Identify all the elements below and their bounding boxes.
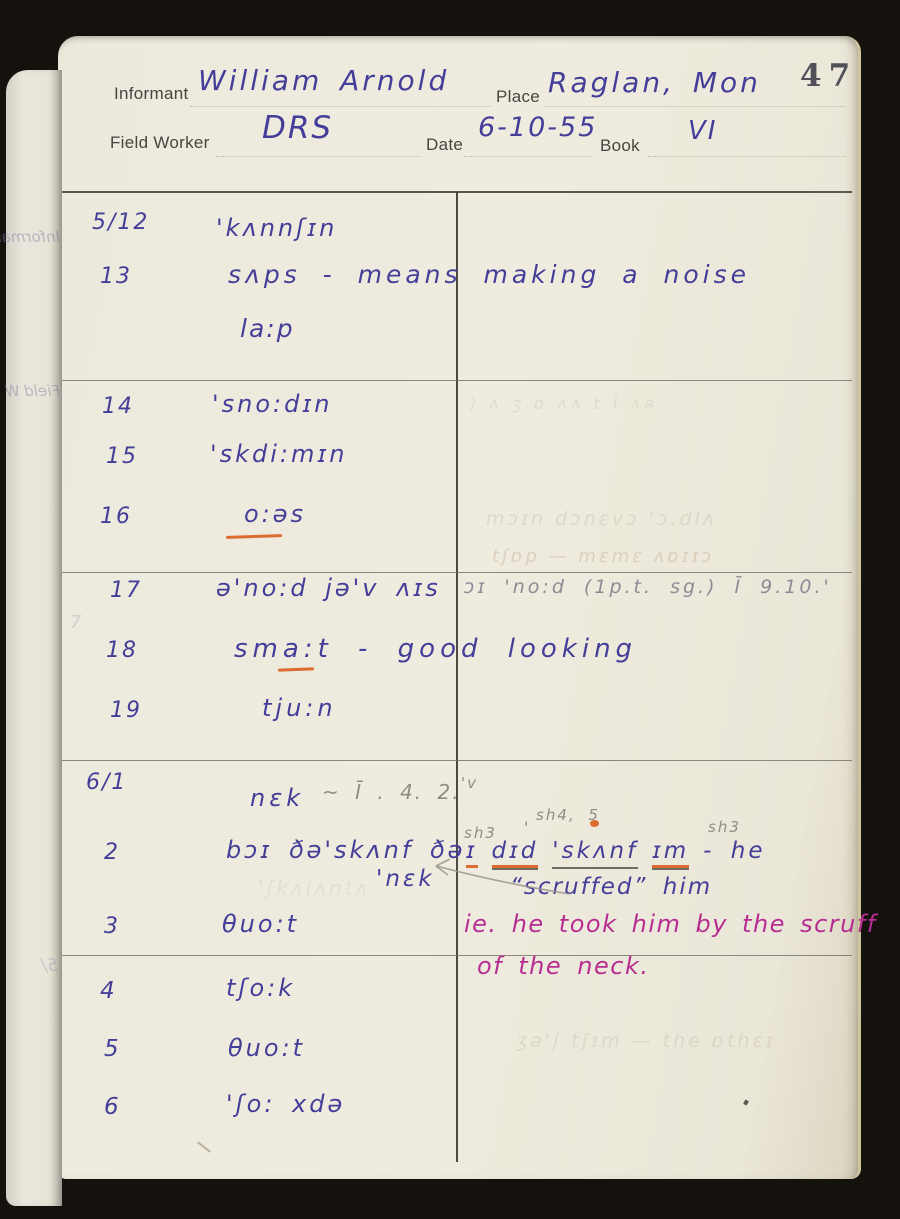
table-column-divider	[456, 192, 458, 1162]
pencil-check-mark: 'v	[461, 774, 478, 792]
entry-ref: 5	[104, 1036, 121, 1062]
dotted-rule	[216, 156, 420, 157]
informant-value: William Arnold	[198, 64, 449, 97]
place-value: Raglan, Mon	[548, 66, 761, 99]
entry-ref: 17	[110, 578, 142, 603]
notebook-page	[58, 36, 861, 1179]
annotation-gloss-line2: of the neck.	[477, 952, 649, 980]
entry-ref: 6	[104, 1094, 121, 1120]
entry-note-pencil: ~ Ī . 4. 2.	[322, 780, 461, 804]
entry-text: 'skdi:mɪn	[210, 440, 348, 468]
entry-text: θuo:t	[222, 910, 299, 938]
entry-text: o:əs	[244, 500, 306, 528]
place-label: Place	[496, 87, 540, 107]
previous-page-edge	[6, 70, 62, 1206]
entry-ref: 16	[100, 504, 132, 529]
entry-text: nɛk	[250, 784, 304, 812]
entry-ref: 19	[110, 698, 142, 723]
pencil-superscript: sh3	[708, 818, 741, 836]
table-rule	[62, 572, 852, 573]
entry-text: sma:t - good looking	[234, 634, 637, 664]
entry-ref: 4	[100, 978, 117, 1004]
book-label: Book	[600, 136, 640, 156]
entry-text: la:p	[240, 314, 295, 343]
entry-text: 'kʌnnʃɪn	[216, 214, 337, 242]
dotted-rule	[545, 106, 845, 107]
table-rule	[62, 760, 852, 761]
scanned-notebook-photo: Informant Field W 5/ 7 47 Informant Will…	[0, 0, 900, 1219]
entry-ref: 14	[102, 394, 134, 419]
dotted-rule	[648, 156, 846, 157]
entry-text: 'sno:dɪn	[212, 390, 332, 418]
entry-text: ə'no:d jə'v ʌɪs	[216, 574, 441, 602]
book-value: VI	[688, 116, 717, 146]
entry-ref: 2	[104, 840, 120, 865]
entry-text: sʌps - means making a noise	[228, 260, 750, 289]
dotted-rule	[190, 106, 492, 107]
entry-note-pencil: ɔɪ 'no:d (1p.t. sg.) Ī 9.10.'	[464, 576, 832, 598]
entry-ref: 5/12	[92, 210, 149, 235]
pencil-arrow-left	[420, 844, 580, 904]
annotation-word: ɪm	[652, 838, 689, 868]
annotation-gloss-line1: ie. he took him by the scruff	[464, 910, 877, 938]
entry-text: θuo:t	[228, 1034, 305, 1062]
entry-ref: 6/1	[86, 770, 127, 795]
date-value: 6-10-55	[478, 112, 597, 143]
fieldworker-value: DRS	[262, 110, 333, 146]
entry-ref: 3	[104, 914, 120, 939]
entry-text: tʃo:k	[226, 974, 295, 1002]
informant-label: Informant	[114, 84, 189, 104]
date-label: Date	[426, 135, 463, 155]
orange-dot-mark	[590, 820, 599, 827]
entry-ref: 15	[106, 444, 138, 469]
pencil-stress-mark: '	[524, 818, 530, 837]
entry-text: tju:n	[262, 694, 337, 722]
page-number-stamp: 47	[800, 58, 857, 94]
dotted-rule	[464, 156, 592, 157]
table-rule	[62, 955, 852, 956]
entry-ref: 13	[100, 264, 132, 289]
table-rule	[62, 380, 852, 381]
fieldworker-label: Field Worker	[110, 133, 210, 153]
entry-text: 'ʃo: xdə	[226, 1090, 345, 1118]
entry-ref: 18	[106, 638, 138, 663]
annotation-word: - he	[703, 838, 765, 864]
